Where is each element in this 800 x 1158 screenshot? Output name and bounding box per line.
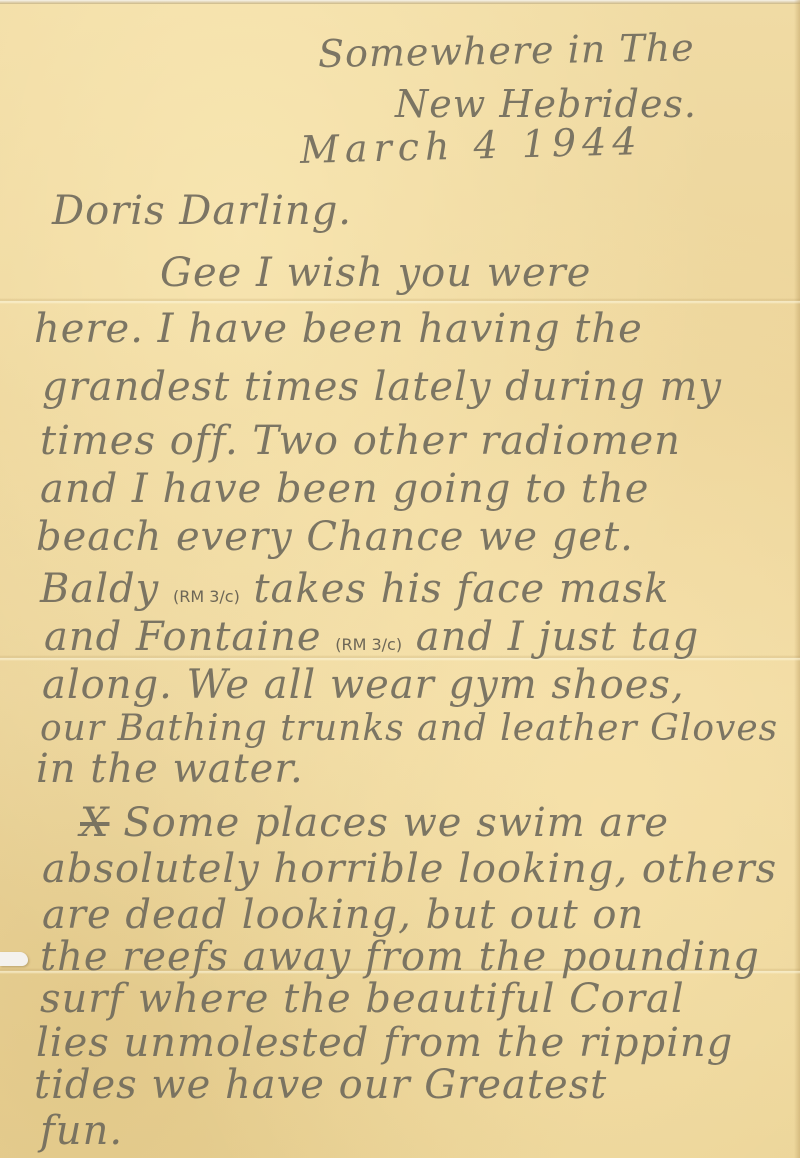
body-line: and I have been going to the xyxy=(40,466,649,512)
struck-out-character: X xyxy=(80,800,109,846)
paper-top-edge xyxy=(0,0,800,4)
body-line: and Fontaine (RM 3/c) and I just tag xyxy=(44,614,699,660)
body-line: along. We all wear gym shoes, xyxy=(42,662,685,708)
location-line-2: New Hebrides. xyxy=(395,82,697,126)
letter-date: March 4 1944 xyxy=(299,119,643,172)
body-line: in the water. xyxy=(36,746,304,792)
body-line: here. I have been having the xyxy=(34,306,643,352)
body-line: beach every Chance we get. xyxy=(36,514,634,560)
body-line: fun. xyxy=(40,1108,123,1154)
body-line: our Bathing trunks and leather Gloves xyxy=(40,708,778,749)
paper-right-edge xyxy=(794,0,800,1158)
letter-page: Somewhere in The New Hebrides. March 4 1… xyxy=(0,0,800,1158)
rank-badge: (RM 3/c) xyxy=(173,587,240,606)
body-line: X Some places we swim are xyxy=(80,800,669,846)
rank-badge: (RM 3/c) xyxy=(335,635,402,654)
body-line: grandest times lately during my xyxy=(42,364,722,410)
paper-tear xyxy=(0,952,28,966)
body-line: times off. Two other radiomen xyxy=(40,418,681,464)
body-line: lies unmolested from the ripping xyxy=(36,1020,733,1066)
body-line-text: Some places we swim are xyxy=(123,800,669,846)
name-baldy: Baldy xyxy=(40,566,159,612)
body-line: surf where the beautiful Coral xyxy=(40,976,685,1022)
body-line: Gee I wish you were xyxy=(160,250,591,296)
location-line-1: Somewhere in The xyxy=(318,25,695,76)
body-line-continuation: takes his face mask xyxy=(254,566,670,612)
body-line-continuation: and I just tag xyxy=(416,614,699,660)
body-line: Baldy (RM 3/c) takes his face mask xyxy=(40,566,669,612)
paper-fold-crease xyxy=(0,298,800,304)
body-line: are dead looking, but out on xyxy=(42,892,644,938)
body-line: tides we have our Greatest xyxy=(34,1062,607,1108)
body-line: absolutely horrible looking, others xyxy=(42,846,777,892)
body-line: the reefs away from the pounding xyxy=(40,934,760,980)
salutation: Doris Darling. xyxy=(52,188,352,234)
name-fontaine: and Fontaine xyxy=(44,614,322,660)
